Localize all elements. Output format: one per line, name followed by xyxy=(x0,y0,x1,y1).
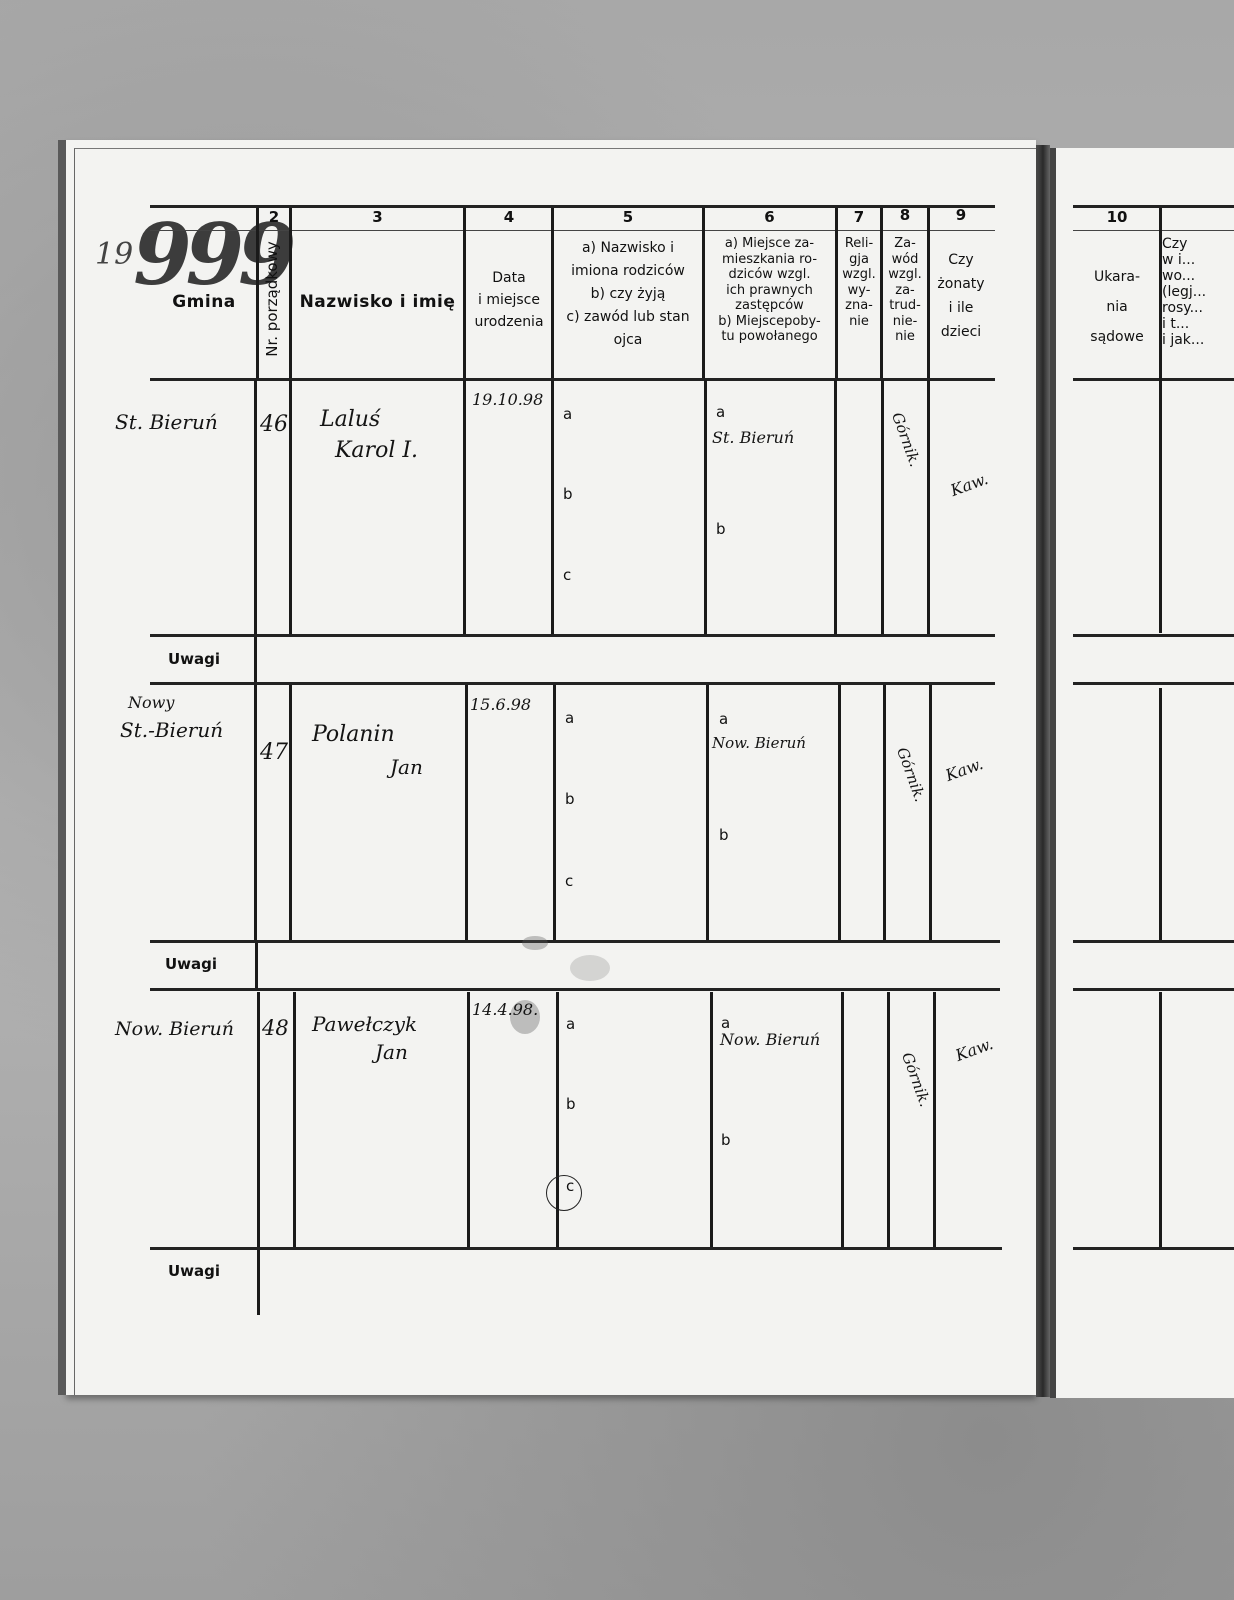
entry-given-name: Jan xyxy=(375,1040,408,1064)
row2-div-6 xyxy=(838,685,841,940)
entry-parents-residence: Now. Bieruń xyxy=(712,734,806,752)
row3-div-8 xyxy=(933,992,936,1248)
header-line: i miejsce xyxy=(465,289,553,311)
header-line: ich prawnych xyxy=(703,283,836,299)
header-line: zastępców xyxy=(703,298,836,314)
right-col-divider-3 xyxy=(1159,992,1162,1247)
header-line: wód xyxy=(882,252,928,268)
hdr-div-4 xyxy=(551,208,554,378)
header-line: wzgl. xyxy=(836,267,882,283)
entry-birth-date: 19.10.98 xyxy=(472,390,543,409)
row2-div-3 xyxy=(465,685,468,940)
header-line: ojca xyxy=(553,329,703,352)
header-line: nie- xyxy=(882,314,928,330)
hdr-div-8 xyxy=(927,208,930,378)
entry-surname: Pawełczyk xyxy=(312,1012,417,1036)
entry-nr: 46 xyxy=(260,412,288,437)
remarks1-top-rule-right xyxy=(1073,634,1234,637)
remarks3-top-rule-right xyxy=(1073,1247,1234,1250)
col-num-4: 4 xyxy=(465,208,553,226)
entry-surname: Polanin xyxy=(312,722,395,747)
header-line: urodzenia xyxy=(465,311,553,333)
col-num-10: 10 xyxy=(1075,208,1159,226)
header-line: dziców wzgl. xyxy=(703,267,836,283)
header-zonaty: Czy żonaty i ile dzieci xyxy=(928,248,994,344)
header-miejsce-zamieszkania: a) Miejsce za- mieszkania ro- dziców wzg… xyxy=(703,236,836,345)
col-num-9: 9 xyxy=(928,206,994,224)
remarks2-divider xyxy=(255,943,258,988)
remarks-label-1: Uwagi xyxy=(168,650,220,668)
hdr-div-2 xyxy=(289,208,292,378)
circled-c-mark xyxy=(546,1175,582,1211)
header-line: tu powołanego xyxy=(703,329,836,345)
header-line: i jak... xyxy=(1162,332,1234,348)
entry-given-name: Karol I. xyxy=(335,438,418,463)
col-num-7: 7 xyxy=(836,208,882,226)
hdr-div-1 xyxy=(256,208,259,378)
entry-gmina-line2: St.-Bieruń xyxy=(120,718,223,742)
header-line: za- xyxy=(882,283,928,299)
hdr-div-3 xyxy=(463,208,466,378)
header-line: nia xyxy=(1075,292,1159,322)
remarks-label-3: Uwagi xyxy=(168,1262,220,1280)
row1-div-7 xyxy=(881,380,884,635)
col-num-5: 5 xyxy=(553,208,703,226)
row2-div-7 xyxy=(883,685,886,940)
header-line: Za- xyxy=(882,236,928,252)
row3-div-1 xyxy=(257,992,260,1248)
header-line: sądowe xyxy=(1075,322,1159,352)
sub-label-5c: c xyxy=(565,872,573,890)
header-line: wy- xyxy=(836,283,882,299)
row1-div-4 xyxy=(551,380,554,635)
header-line: nie xyxy=(836,314,882,330)
column-number-rule xyxy=(150,230,995,231)
header-line: (legj... xyxy=(1162,284,1234,300)
header-line: Reli- xyxy=(836,236,882,252)
row3-div-6 xyxy=(841,992,844,1248)
remarks1-bottom-rule-right xyxy=(1073,682,1234,685)
header-line: a) Nazwisko i xyxy=(553,237,703,260)
header-line: nie xyxy=(882,329,928,345)
header-line: b) czy żyją xyxy=(553,283,703,306)
header-line: mieszkania ro- xyxy=(703,252,836,268)
row1-div-3 xyxy=(463,380,466,635)
header-line: gja xyxy=(836,252,882,268)
entry-birth-date: 15.6.98 xyxy=(470,695,531,714)
hdr-div-5 xyxy=(702,208,705,378)
row2-div-5 xyxy=(706,685,709,940)
right-column-number-rule xyxy=(1073,230,1234,231)
header-line: trud- xyxy=(882,298,928,314)
entry-surname: Laluś xyxy=(320,407,380,432)
header-nr-porzadkowy: Nr. porządkowy xyxy=(263,239,281,359)
header-line: Data xyxy=(465,267,553,289)
header-gmina: Gmina xyxy=(150,295,258,310)
remarks2-top-rule-right xyxy=(1073,940,1234,943)
col-num-3: 3 xyxy=(290,208,465,226)
header-nazwisko-imie: Nazwisko i imię xyxy=(290,295,465,310)
row1-div-8 xyxy=(927,380,930,635)
header-line: i ile xyxy=(928,296,994,320)
hdr-div-6 xyxy=(835,208,838,378)
ink-stain xyxy=(570,955,610,981)
header-line: wo... xyxy=(1162,268,1234,284)
remarks2-top-rule xyxy=(150,940,1000,943)
header-line: a) Miejsce za- xyxy=(703,236,836,252)
remarks3-top-rule xyxy=(150,1247,1002,1250)
sub-label-5c: c xyxy=(563,566,571,584)
header-line: Czy xyxy=(1162,236,1234,252)
sub-label-6b: b xyxy=(716,520,726,538)
row1-div-2 xyxy=(289,380,292,635)
col-num-2: 2 xyxy=(258,208,290,226)
header-line: w i... xyxy=(1162,252,1234,268)
row2-div-2 xyxy=(289,685,292,940)
header-line: c) zawód lub stan xyxy=(553,306,703,329)
entry-nr: 48 xyxy=(262,1016,289,1040)
header-rodzice: a) Nazwisko i imiona rodziców b) czy żyj… xyxy=(553,237,703,352)
header-ukarania: Ukara- nia sądowe xyxy=(1075,262,1159,352)
entry-birth-date: 14.4.98. xyxy=(472,1000,538,1019)
remarks3-divider xyxy=(257,1250,260,1315)
header-bottom-rule xyxy=(150,378,995,381)
sub-label-5b: b xyxy=(563,485,573,503)
row2-div-4 xyxy=(553,685,556,940)
hdr-div-7 xyxy=(880,208,883,378)
sub-label-5b: b xyxy=(566,1095,576,1113)
row1-div-6 xyxy=(834,380,837,635)
header-line: imiona rodziców xyxy=(553,260,703,283)
header-zawod: Za- wód wzgl. za- trud- nie- nie xyxy=(882,236,928,345)
row3-div-7 xyxy=(887,992,890,1248)
sub-label-5a: a xyxy=(565,709,574,727)
col-num-8: 8 xyxy=(882,206,928,224)
entry-gmina: Now. Bieruń xyxy=(115,1018,234,1040)
remarks1-divider xyxy=(254,637,257,683)
header-line: Ukara- xyxy=(1075,262,1159,292)
book-spine xyxy=(1036,145,1050,1397)
header-line: Czy xyxy=(928,248,994,272)
header-line: b) Miejscepoby- xyxy=(703,314,836,330)
sub-label-6a: a xyxy=(719,710,728,728)
header-line: i t... xyxy=(1162,316,1234,332)
header-data-urodzenia: Data i miejsce urodzenia xyxy=(465,267,553,333)
sub-label-5a: a xyxy=(563,405,572,423)
entry-nr: 47 xyxy=(260,740,288,765)
sub-label-6a: a xyxy=(716,403,725,421)
sub-label-6b: b xyxy=(719,826,729,844)
ink-stain xyxy=(522,936,548,950)
remarks2-bottom-rule-right xyxy=(1073,988,1234,991)
header-line: dzieci xyxy=(928,320,994,344)
header-line: wzgl. xyxy=(882,267,928,283)
entry-parents-residence: Now. Bieruń xyxy=(720,1030,820,1049)
header-line: żonaty xyxy=(928,272,994,296)
right-header-bottom-rule xyxy=(1073,378,1234,381)
header-line: rosy... xyxy=(1162,300,1234,316)
remarks2-bottom-rule xyxy=(150,988,1000,991)
row3-div-5 xyxy=(710,992,713,1248)
col-num-6: 6 xyxy=(703,208,836,226)
header-line: zna- xyxy=(836,298,882,314)
right-col-divider-2 xyxy=(1159,688,1162,940)
sub-label-5b: b xyxy=(565,790,575,808)
header-religja: Reli- gja wzgl. wy- zna- nie xyxy=(836,236,882,329)
remarks1-bottom-rule xyxy=(150,682,995,685)
header-col-11-partial: Czy w i... wo... (legj... rosy... i t...… xyxy=(1162,236,1234,348)
entry-gmina-line1: Nowy xyxy=(128,693,174,712)
row1-div-1 xyxy=(254,380,257,635)
remarks-label-2: Uwagi xyxy=(165,955,217,973)
entry-given-name: Jan xyxy=(390,755,423,779)
row3-div-3 xyxy=(467,992,470,1248)
row2-div-8 xyxy=(929,685,932,940)
row2-div-1 xyxy=(254,685,257,940)
sub-label-5a: a xyxy=(566,1015,575,1033)
sub-label-6b: b xyxy=(721,1131,731,1149)
row1-div-5 xyxy=(704,380,707,635)
entry-parents-residence: St. Bieruń xyxy=(712,428,794,447)
year-prefix: 19 xyxy=(95,237,133,272)
remarks1-top-rule xyxy=(150,634,995,637)
entry-gmina: St. Bieruń xyxy=(115,410,218,434)
row3-div-2 xyxy=(293,992,296,1248)
